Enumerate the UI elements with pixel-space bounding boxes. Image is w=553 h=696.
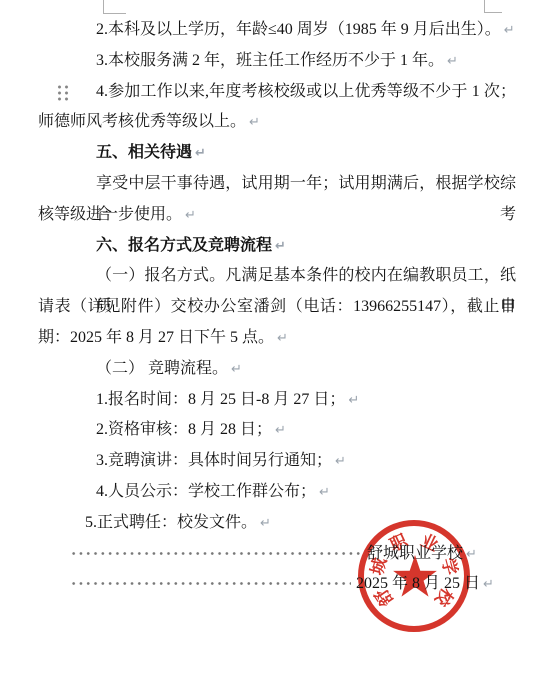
paragraph-mark-icon: ↵ [483, 577, 494, 592]
line-text: 五、相关待遇 [96, 144, 192, 161]
text-line: 2.资格审核：8 月 28 日；↵ [96, 414, 286, 445]
paragraph-mark-icon: ↵ [231, 362, 242, 377]
paragraph-mark-icon: ↵ [319, 485, 330, 500]
paragraph-mark-icon: ↵ [447, 54, 458, 69]
paragraph-mark-icon: ↵ [504, 23, 515, 38]
line-text: 舒城职业学校 [367, 545, 463, 562]
document-page: 舒城职业学校 2.本科及以上学历，年龄≤40 周岁（1985 年 9 月后出生）… [0, 0, 553, 696]
document-lines: 2.本科及以上学历，年龄≤40 周岁（1985 年 9 月后出生）。↵3.本校服… [0, 0, 553, 696]
text-line: 5.正式聘任：校发文件。↵ [85, 507, 271, 538]
paragraph-mark-icon: ↵ [195, 146, 206, 161]
line-text: 3.竞聘演讲：具体时间另行通知； [96, 452, 332, 469]
text-line: 核等级进一步使用。↵ [38, 199, 196, 230]
line-text: （二） 竞聘流程。 [96, 360, 228, 377]
dotted-leader [70, 538, 362, 569]
text-line: 师德师风考核优秀等级以上。↵ [38, 106, 260, 137]
text-line: 享受中层干事待遇，试用期一年；试用期满后，根据学校综合考 [96, 168, 516, 199]
line-text: 六、报名方式及竞聘流程 [96, 237, 272, 254]
paragraph-mark-icon: ↵ [249, 115, 260, 130]
text-line: 3.本校服务满 2 年，班主任工作经历不少于 1 年。↵ [96, 45, 458, 76]
text-line: （二） 竞聘流程。↵ [96, 353, 242, 384]
text-line: 4.参加工作以来,年度考核校级或以上优秀等级不少于 1 次； [96, 76, 516, 107]
paragraph-mark-icon: ↵ [335, 454, 346, 469]
paragraph-mark-icon: ↵ [275, 423, 286, 438]
text-line: 2025 年 8 月 25 日↵ [70, 568, 494, 599]
text-line: 1.报名时间：8 月 25 日-8 月 27 日；↵ [96, 384, 359, 415]
text-line: 期：2025 年 8 月 27 日下午 5 点。↵ [38, 322, 288, 353]
line-text: 4.参加工作以来,年度考核校级或以上优秀等级不少于 1 次； [96, 83, 516, 100]
line-text: 3.本校服务满 2 年，班主任工作经历不少于 1 年。 [96, 52, 444, 69]
paragraph-mark-icon: ↵ [466, 547, 477, 562]
paragraph-mark-icon: ↵ [275, 239, 286, 254]
line-text: 2.资格审核：8 月 28 日； [96, 421, 272, 438]
line-text: 期：2025 年 8 月 27 日下午 5 点。 [38, 329, 274, 346]
line-text: 师德师风考核优秀等级以上。 [38, 113, 246, 130]
line-text: 5.正式聘任：校发文件。 [85, 514, 257, 531]
line-text: 4.人员公示：学校工作群公布； [96, 483, 316, 500]
text-line: （一）报名方式。凡满足基本条件的校内在编教职员工，纸质申 [96, 260, 516, 291]
paragraph-mark-icon: ↵ [348, 393, 359, 408]
paragraph-mark-icon: ↵ [185, 208, 196, 223]
line-text: 1.报名时间：8 月 25 日-8 月 27 日； [96, 391, 345, 408]
line-text: 核等级进一步使用。 [38, 206, 182, 223]
text-line: 4.人员公示：学校工作群公布；↵ [96, 476, 330, 507]
line-text: 请表（详见附件）交校办公室潘剑（电话：13966255147），截止日 [38, 298, 516, 315]
text-line: 请表（详见附件）交校办公室潘剑（电话：13966255147），截止日 [38, 291, 516, 322]
paragraph-mark-icon: ↵ [260, 516, 271, 531]
text-line: 2.本科及以上学历，年龄≤40 周岁（1985 年 9 月后出生）。↵ [96, 14, 515, 45]
text-line: 舒城职业学校↵ [70, 538, 477, 569]
text-line: 六、报名方式及竞聘流程↵ [96, 230, 286, 261]
text-line: 3.竞聘演讲：具体时间另行通知；↵ [96, 445, 346, 476]
text-line: 五、相关待遇↵ [96, 137, 206, 168]
line-text: 2025 年 8 月 25 日 [356, 575, 480, 592]
line-text: 2.本科及以上学历，年龄≤40 周岁（1985 年 9 月后出生）。 [96, 21, 501, 38]
dotted-leader [70, 568, 351, 599]
paragraph-mark-icon: ↵ [277, 331, 288, 346]
